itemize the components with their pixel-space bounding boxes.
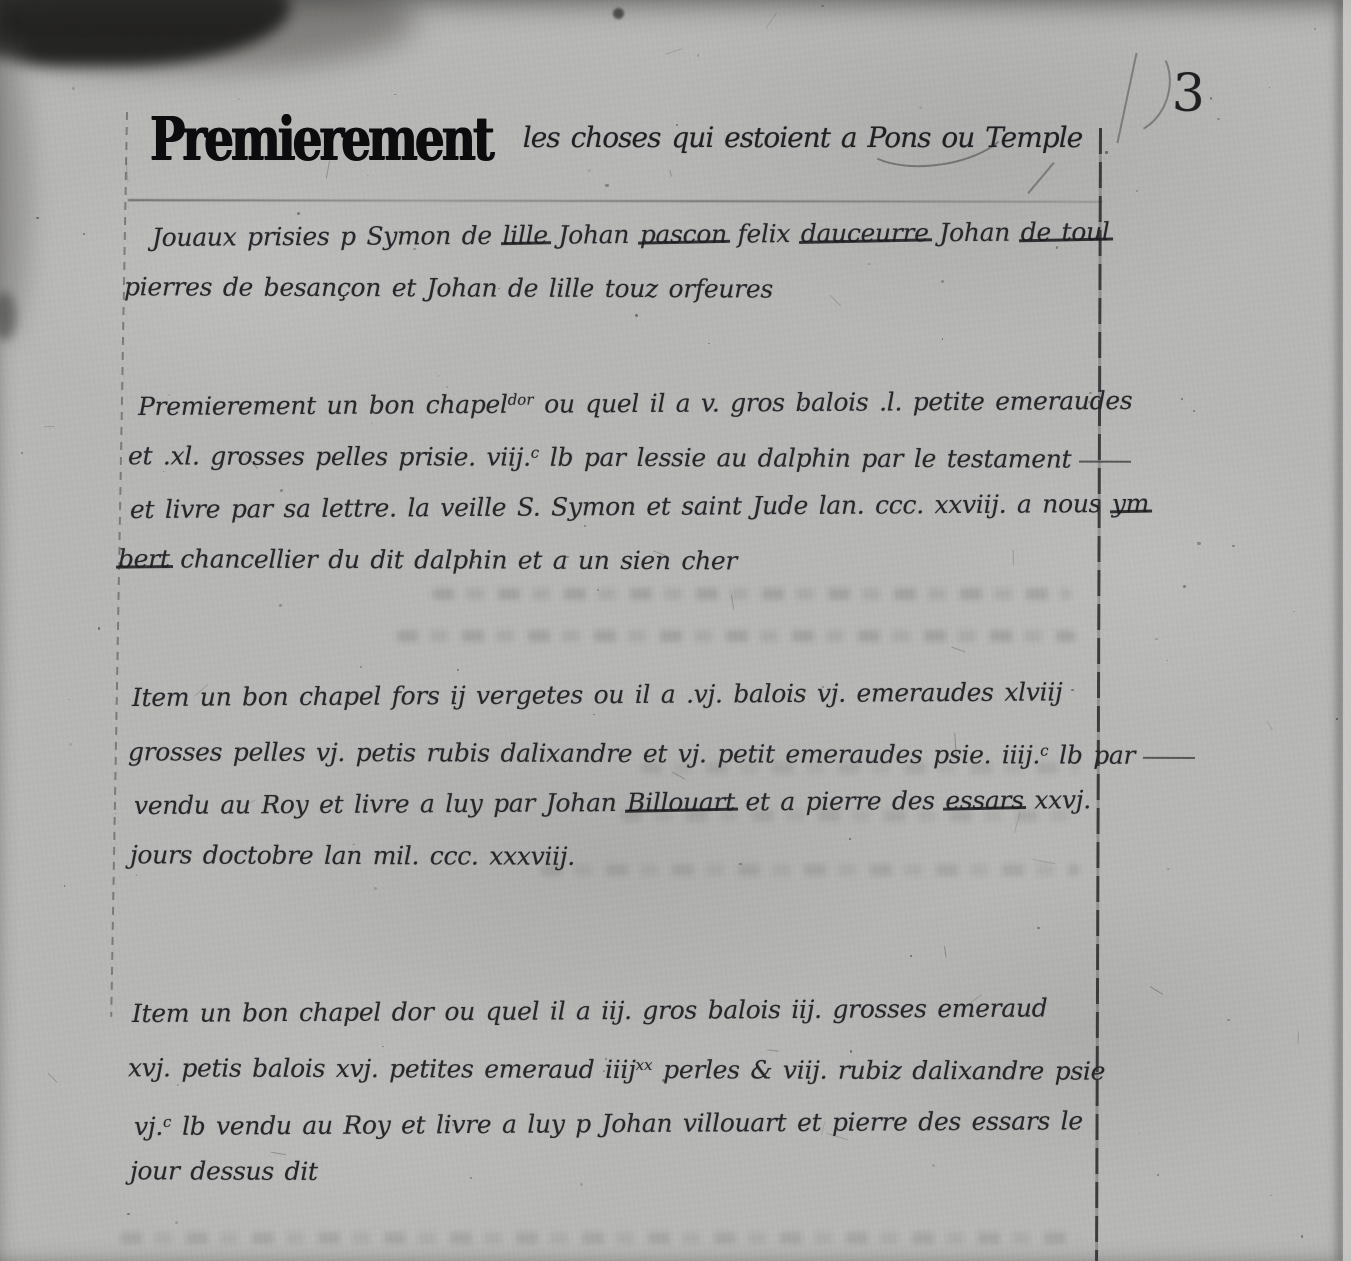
folio-number: 3 [1171,63,1206,124]
paper-speck [1155,638,1158,641]
text-segment: chancellier du dit dalphin et a un sien … [170,544,738,575]
paragraph-appraisers: Jouaux prisies p Symon de lille Johan pa… [118,208,1128,316]
heading: Premierement les choses qui estoient a P… [150,112,1082,167]
paper-fiber [126,159,129,183]
superscript-text: dor [508,391,534,409]
paper-speck [374,887,377,890]
underlined-text: Billouart [627,787,735,817]
text-segment: felix [727,219,801,248]
paper-speck [821,5,824,8]
paragraph-third-chaplet: Item un bon chapel dor ou quel il a iij.… [118,984,1128,1200]
text-segment: et .xl. grosses pelles prisie. viij. [128,442,531,472]
manuscript-page: 3 Premierement les choses qui estoient a… [0,0,1351,1261]
manuscript-line: vj.c lb vendu au Roy et livre a luy p Jo… [134,1089,1128,1149]
text-segment: perles & viij. rubiz dalixandre psie [652,1055,1105,1086]
manuscript-line: vendu au Roy et livre a luy par Johan Bi… [134,773,1128,833]
text-segment: jours doctobre lan mil. ccc. xxxviij. [130,840,575,871]
text-segment: et a pierre des [735,786,946,816]
paper-speck [1167,660,1168,661]
paper-speck [64,885,65,886]
paper-speck [697,54,700,57]
paper-speck [1217,118,1220,121]
paper-speck [175,1221,178,1224]
text-segment: Premierement un bon chapel [138,390,508,421]
paper-fiber [669,169,672,177]
heading-rest: les choses qui estoient a Pons ou Temple [523,121,1082,154]
paper-speck [367,175,368,176]
paper-speck [1139,1133,1140,1134]
manuscript-line: Premierement un bon chapeldor ou quel il… [138,369,1128,429]
stain-left-edge [0,42,32,342]
paper-speck [21,452,22,453]
paper-speck [605,184,608,187]
paper-speck [1167,868,1169,870]
bleed-through-line [396,630,1076,642]
paper-speck [72,87,75,90]
heading-initial-word: Premierement [150,104,492,174]
paper-speck [708,343,709,344]
text-segment: pierres de besançon et Johan de lille to… [124,272,773,303]
paper-speck [98,627,100,629]
paper-speck [69,743,72,746]
manuscript-line: xvj. petis balois xvj. petites emeraud i… [128,1036,1128,1093]
paper-speck [919,106,922,109]
ink-dot-top [613,8,624,19]
text-segment: Jouaux prisies p Symon de [152,221,503,252]
manuscript-line: bert chancellier du dit dalphin et a un … [118,532,1128,590]
paper-speck [69,699,70,700]
paper-fiber [1150,986,1163,995]
paper-speck [279,604,281,606]
paper-speck [1301,1235,1303,1237]
text-segment: vendu au Roy et livre a luy par Johan [134,788,627,820]
underlined-text: essars [945,786,1024,815]
manuscript-line: et livre par sa lettre. la veille S. Sym… [130,477,1128,537]
manuscript-line: jours doctobre lan mil. ccc. xxxviij. [130,828,1128,885]
paper-fiber [44,425,54,426]
text-segment: Johan [929,218,1021,248]
paper-speck [1136,190,1138,192]
page-right-edge-shadow [1331,0,1343,1261]
paper-speck [1269,87,1270,88]
manuscript-line: pierres de besançon et Johan de lille to… [124,260,1128,318]
paper-speck [1181,398,1183,400]
paper-speck [1293,611,1295,613]
paper-speck [36,217,38,219]
underlined-text: ym [1112,489,1149,518]
page-right-edge [1343,0,1351,1261]
superscript-text: c [531,444,539,462]
manuscript-line: grosses pelles vj. petis rubis dalixandr… [128,720,1128,777]
paper-fiber [951,646,965,652]
paper-speck [1232,545,1234,547]
superscript-text: c [1040,741,1048,759]
manuscript-line: et .xl. grosses pelles prisie. viij.c lb… [128,424,1128,481]
text-segment: et livre par sa lettre. la veille S. Sym… [130,489,1112,524]
paper-speck [394,94,396,96]
ink-stain-top-left [0,0,290,66]
text-segment: Item un bon chapel fors ij vergetes ou i… [132,677,1063,712]
paper-speck [1314,28,1316,30]
paper-fiber [47,1073,57,1083]
paper-speck [1183,585,1186,588]
manuscript-line: Jouaux prisies p Symon de lille Johan pa… [152,205,1128,265]
paper-fiber [1266,721,1273,731]
paper-fiber [944,946,946,957]
bleed-through-line [432,588,1072,600]
paper-speck [1270,1195,1271,1196]
paper-speck [1227,1019,1230,1022]
paper-speck [910,955,912,957]
text-segment: xvj. petis balois xvj. petites emeraud i… [128,1054,636,1085]
underlined-text: bert [118,544,170,573]
paper-speck [1037,927,1040,930]
paper-speck [127,1213,129,1215]
stain-left-edge-spot [0,292,16,340]
text-segment: ou quel il a v. gros balois .l. petite e… [533,386,1132,419]
ink-stain-halo-top-left [0,0,416,70]
paragraph-second-chaplet: Item un bon chapel fors ij vergetes ou i… [118,668,1128,884]
manuscript-line: Item un bon chapel fors ij vergetes ou i… [132,665,1128,725]
paper-speck [1105,151,1107,153]
text-segment: lb vendu au Roy et livre a luy p Johan v… [171,1106,1083,1141]
paper-speck [238,98,240,100]
paper-fiber [666,48,683,54]
underlined-text: de toul [1021,217,1110,247]
paper-speck [942,338,944,340]
paper-speck [1157,1174,1159,1176]
paragraph-first-chaplet: Premierement un bon chapeldor ou quel il… [118,372,1128,588]
pen-flourish [1073,25,1184,146]
paper-speck [1193,410,1196,413]
text-segment: lb par lessie au dalphin par le testamen… [539,443,1071,474]
bleed-through-line [120,1232,1080,1244]
underlined-text: pascon [640,219,727,249]
underlined-text: dauceurre [801,218,929,248]
paper-speck [1210,97,1212,99]
manuscript-line: jour dessus dit [130,1144,1128,1201]
text-segment: vj. [134,1112,163,1141]
manuscript-line: Item un bon chapel dor ou quel il a iij.… [132,981,1128,1041]
text-segment: Item un bon chapel dor ou quel il a iij.… [132,993,1048,1028]
pen-stroke [1116,53,1137,143]
text-segment: jour dessus dit [130,1156,318,1186]
superscript-text: xx [636,1056,653,1074]
paper-speck [1197,542,1200,545]
paper-speck [588,169,591,172]
text-segment: Johan [548,220,640,250]
underlined-text: lille [502,221,547,250]
heading-underline-rule [128,199,1103,203]
text-segment: xxvj. [1024,785,1091,814]
paper-fiber [1298,1031,1300,1043]
paper-fiber [766,13,777,29]
paper-speck [115,813,116,814]
text-segment: grosses pelles vj. petis rubis dalixandr… [128,738,1040,770]
text-segment: lb par [1048,741,1135,770]
paper-speck [83,233,85,235]
